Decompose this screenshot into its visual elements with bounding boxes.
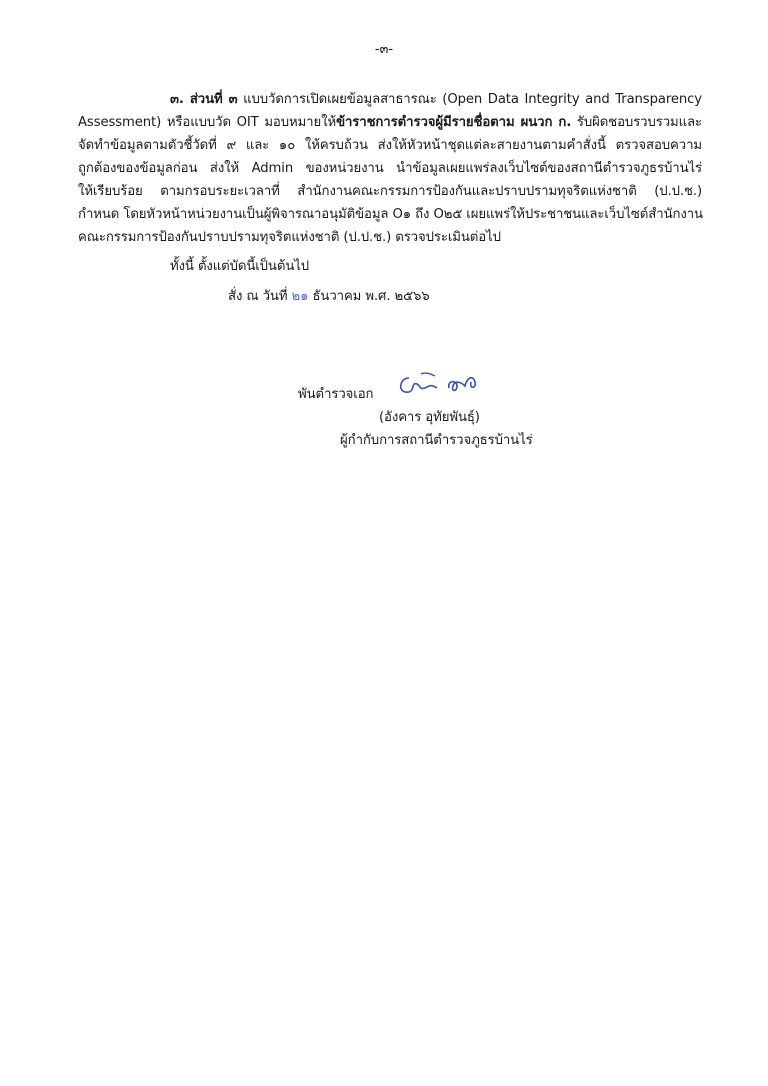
handwritten-day: ๒๑ (292, 289, 309, 304)
paragraph-line-2: Assessment) หรือแบบวัด OIT มอบหมายให้ข้า… (78, 111, 702, 132)
paragraph-line-3: จัดทำข้อมูลตามตัวชี้วัดที่ ๙ และ ๑๐ ให้ค… (78, 134, 702, 155)
paragraph-line-1: ๓. ส่วนที่ ๓ แบบวัดการเปิดเผยข้อมูลสาธาร… (78, 88, 702, 109)
effective-statement: ทั้งนี้ ตั้งแต่บัดนี้เป็นต้นไป (170, 255, 309, 276)
paragraph-line-7: คณะกรรมการป้องกันปราบปรามทุจริตแห่งชาติ … (78, 226, 501, 247)
assignee-bold: ข้าราชการตำรวจผู้มีรายชื่อตาม ผนวก ก. (336, 115, 571, 130)
paragraph-line-5: ให้เรียบร้อย ตามกรอบระยะเวลาที่ สำนักงาน… (78, 180, 702, 201)
section-heading: ๓. ส่วนที่ ๓ (170, 92, 238, 107)
paragraph-line-6: กำหนด โดยหัวหน้าหน่วยงานเป็นผู้พิจารณาอน… (78, 203, 702, 224)
order-date: สั่ง ณ วันที่ ๒๑ ธันวาคม พ.ศ. ๒๕๖๖ (228, 285, 430, 306)
signer-rank: พันตำรวจเอก (298, 383, 373, 404)
signature-icon (395, 368, 490, 406)
signer-name: (อังคาร อุทัยพันธุ์) (379, 406, 480, 427)
paragraph-line-4: ถูกต้องของข้อมูลก่อน ส่งให้ Admin ของหน่… (78, 157, 702, 178)
page-number: -๓- (0, 38, 768, 59)
signer-position: ผู้กำกับการสถานีตำรวจภูธรบ้านไร่ (340, 429, 533, 450)
